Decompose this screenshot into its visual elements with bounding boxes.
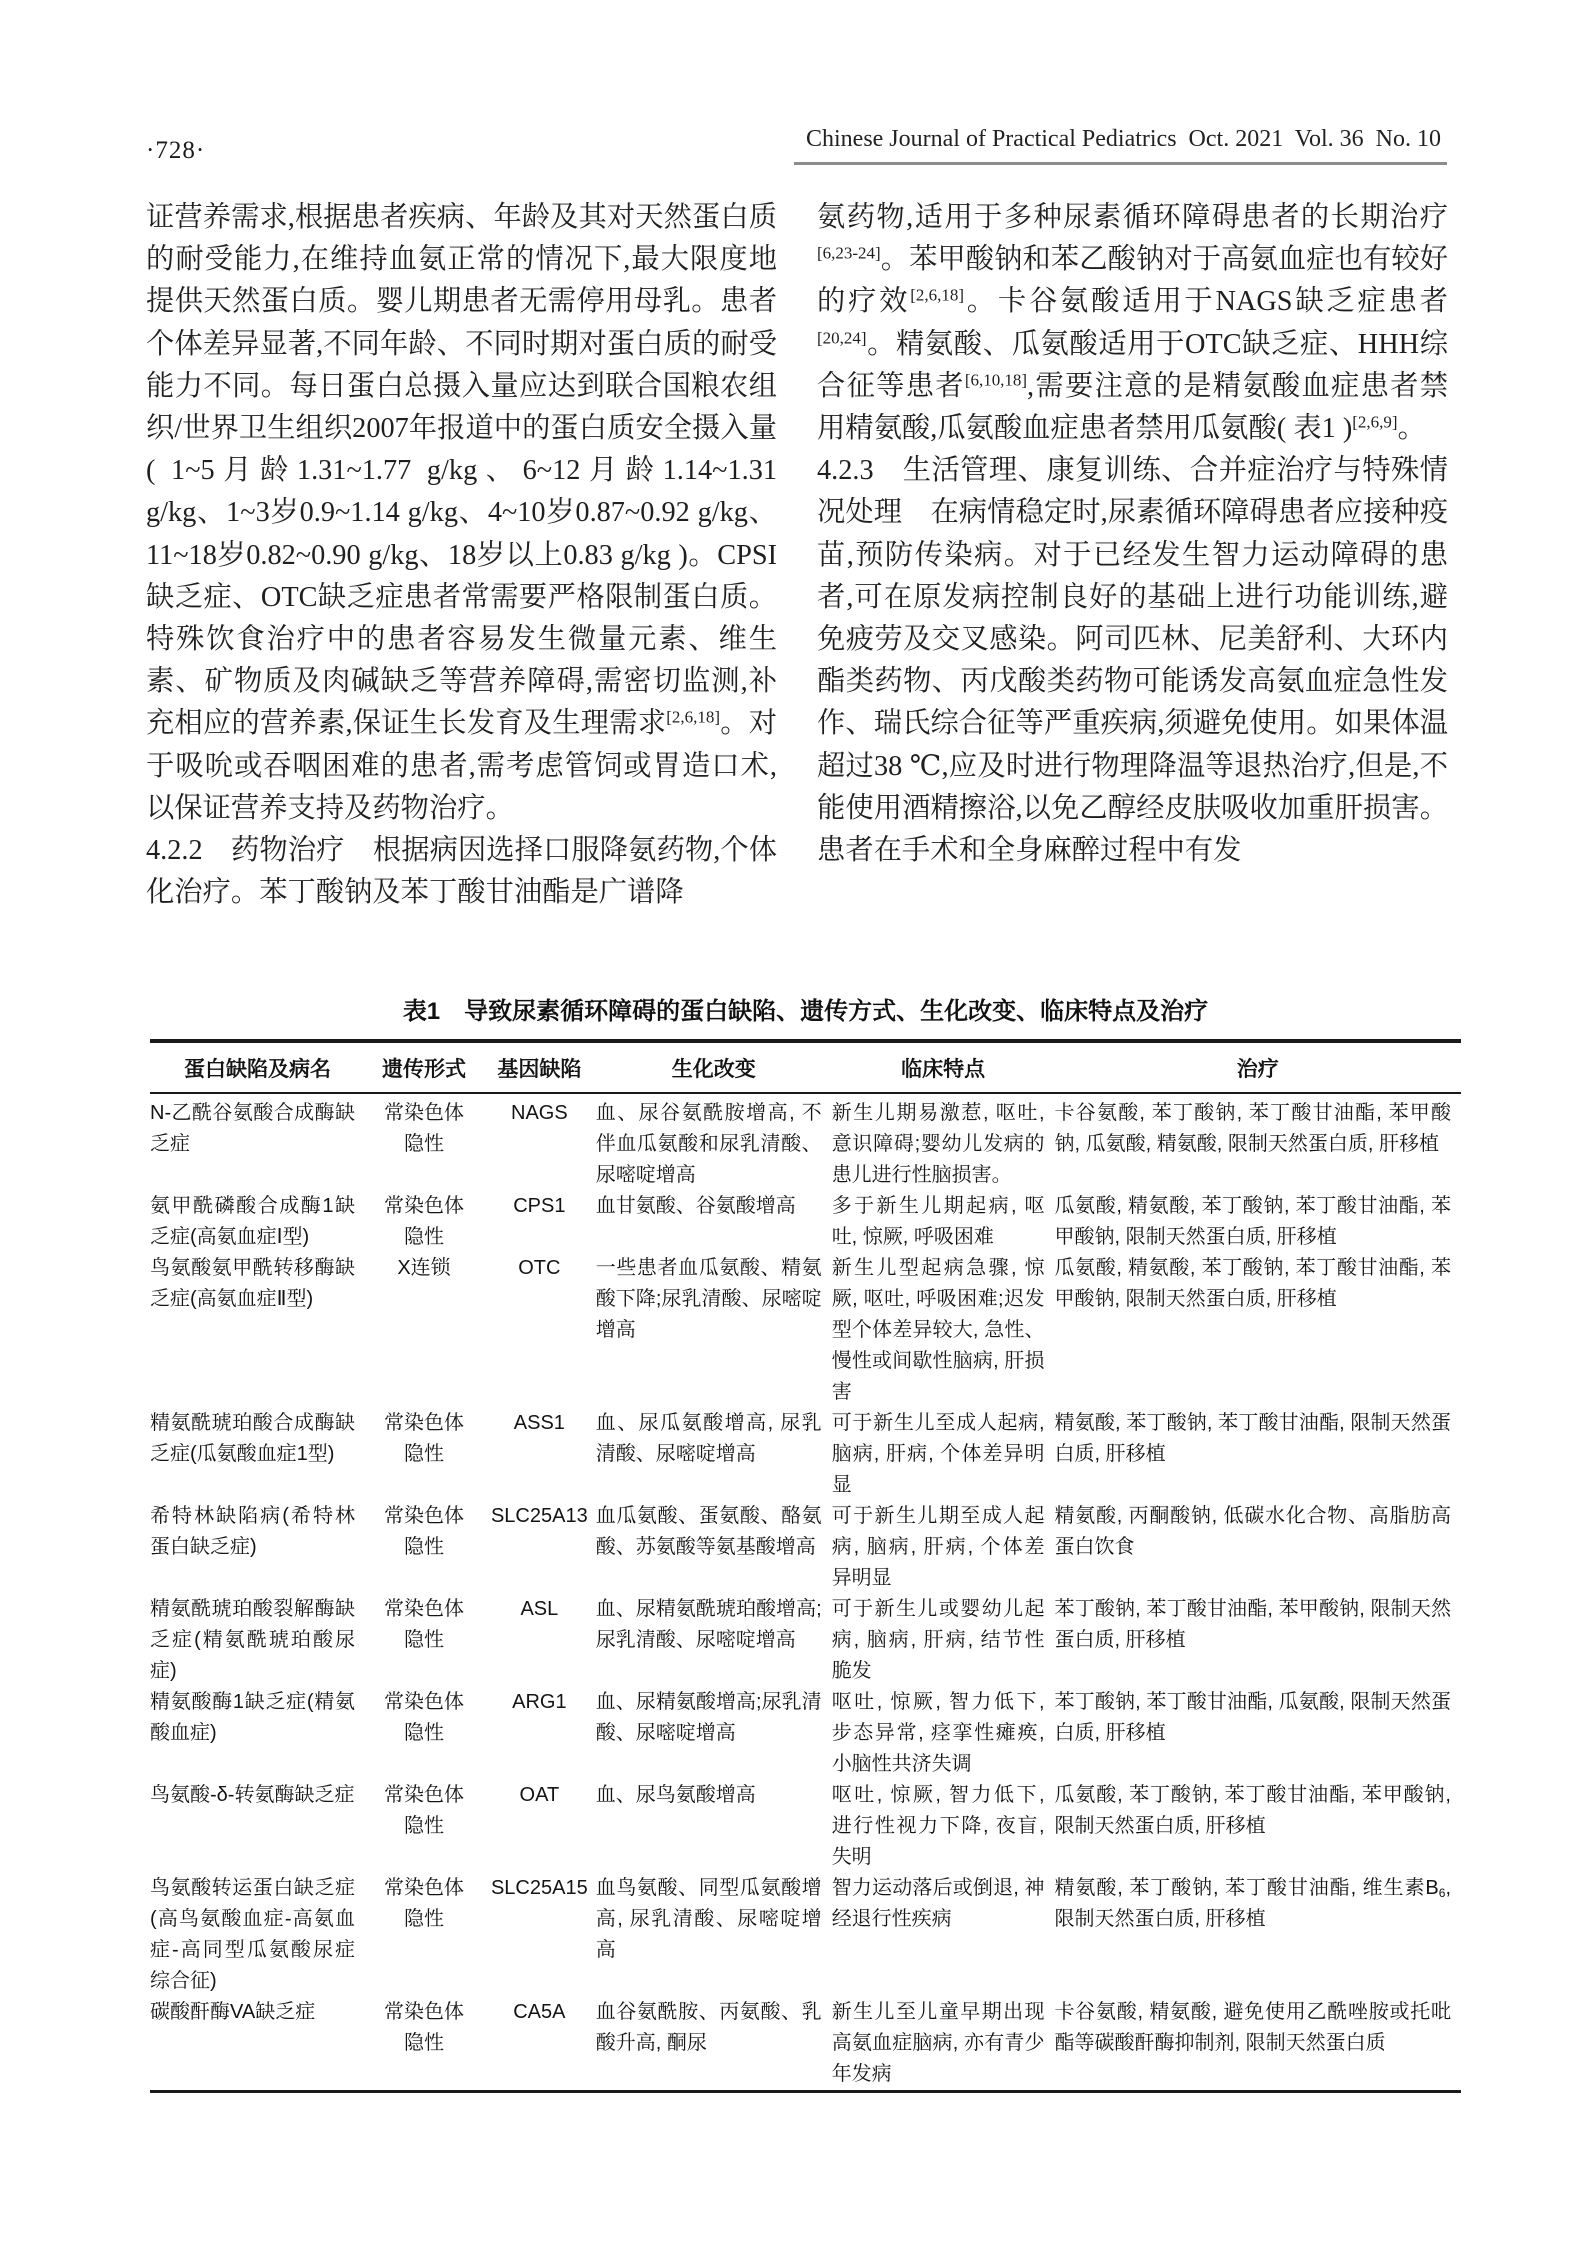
cell-clinical: 新生儿期易激惹, 呕吐, 意识障碍;婴幼儿发病的患儿进行性脑损害。: [832, 1093, 1055, 1191]
cell-protein: 鸟氨酸-δ-转氨酶缺乏症: [150, 1780, 365, 1873]
table-row: 希特林缺陷病(希特林蛋白缺乏症)常染色体 隐性SLC25A13血瓜氨酸、蛋氨酸、…: [150, 1501, 1461, 1594]
table-row: 精氨酸酶1缺乏症(精氨酸血症)常染色体 隐性ARG1血、尿精氨酸增高;尿乳清酸、…: [150, 1687, 1461, 1780]
cell-gene: CA5A: [483, 1997, 596, 2092]
table-row: 鸟氨酸-δ-转氨酶缺乏症常染色体 隐性OAT血、尿鸟氨酸增高呕吐, 惊厥, 智力…: [150, 1780, 1461, 1873]
left-column: 证营养需求,根据患者疾病、年龄及其对天然蛋白质的耐受能力,在维持血氨正常的情况下…: [146, 197, 777, 914]
cell-treatment: 瓜氨酸, 精氨酸, 苯丁酸钠, 苯丁酸甘油酯, 苯甲酸钠, 限制天然蛋白质, 肝…: [1055, 1253, 1461, 1408]
cell-treatment: 精氨酸, 苯丁酸钠, 苯丁酸甘油酯, 维生素B6, 限制天然蛋白质, 肝移植: [1055, 1873, 1461, 1997]
cell-treatment: 苯丁酸钠, 苯丁酸甘油酯, 苯甲酸钠, 限制天然蛋白质, 肝移植: [1055, 1594, 1461, 1687]
table-row: 鸟氨酸氨甲酰转移酶缺乏症(高氨血症Ⅱ型)X连锁OTC一些患者血瓜氨酸、精氨酸下降…: [150, 1253, 1461, 1408]
column-header-clinical: 临床特点: [832, 1041, 1055, 1093]
cell-biochemical: 血鸟氨酸、同型瓜氨酸增高, 尿乳清酸、尿嘧啶增高: [596, 1873, 832, 1997]
cell-gene: OAT: [483, 1780, 596, 1873]
cell-gene: ARG1: [483, 1687, 596, 1780]
cell-inheritance: 常染色体 隐性: [365, 1873, 483, 1997]
page-header: ·728· Chinese Journal of Practical Pedia…: [146, 126, 1447, 165]
cell-inheritance: 常染色体 隐性: [365, 1594, 483, 1687]
cell-clinical: 可于新生儿至成人起病, 脑病, 肝病, 个体差异明显: [832, 1408, 1055, 1501]
cell-protein: 精氨酰琥珀酸裂解酶缺乏症(精氨酰琥珀酸尿症): [150, 1594, 365, 1687]
paragraph-section-4-2-3: 4.2.3 生活管理、康复训练、合并症治疗与特殊情况处理 在病情稳定时,尿素循环…: [817, 450, 1448, 872]
cell-biochemical: 一些患者血瓜氨酸、精氨酸下降;尿乳清酸、尿嘧啶增高: [596, 1253, 832, 1408]
journal-title: Chinese Journal of Practical Pediatrics …: [794, 126, 1447, 165]
cell-treatment: 卡谷氨酸, 苯丁酸钠, 苯丁酸甘油酯, 苯甲酸钠, 瓜氨酸, 精氨酸, 限制天然…: [1055, 1093, 1461, 1191]
cell-gene: NAGS: [483, 1093, 596, 1191]
cell-biochemical: 血甘氨酸、谷氨酸增高: [596, 1191, 832, 1253]
cell-treatment: 瓜氨酸, 精氨酸, 苯丁酸钠, 苯丁酸甘油酯, 苯甲酸钠, 限制天然蛋白质, 肝…: [1055, 1191, 1461, 1253]
cell-clinical: 新生儿至儿童早期出现高氨血症脑病, 亦有青少年发病: [832, 1997, 1055, 2092]
page-number: ·728·: [146, 137, 205, 165]
cell-gene: CPS1: [483, 1191, 596, 1253]
cell-inheritance: 常染色体 隐性: [365, 1687, 483, 1780]
page: ·728· Chinese Journal of Practical Pedia…: [0, 0, 1591, 2260]
cell-inheritance: 常染色体 隐性: [365, 1997, 483, 2092]
table-row: 氨甲酰磷酸合成酶1缺乏症(高氨血症Ⅰ型)常染色体 隐性CPS1血甘氨酸、谷氨酸增…: [150, 1191, 1461, 1253]
cell-gene: OTC: [483, 1253, 596, 1408]
cell-treatment: 瓜氨酸, 苯丁酸钠, 苯丁酸甘油酯, 苯甲酸钠, 限制天然蛋白质, 肝移植: [1055, 1780, 1461, 1873]
table-header-row: 蛋白缺陷及病名 遗传形式 基因缺陷 生化改变 临床特点 治疗: [150, 1041, 1461, 1093]
table-row: 鸟氨酸转运蛋白缺乏症(高鸟氨酸血症-高氨血症-高同型瓜氨酸尿症综合征)常染色体 …: [150, 1873, 1461, 1997]
paragraph-section-4-2-2: 4.2.2 药物治疗 根据病因选择口服降氨药物,个体化治疗。苯丁酸钠及苯丁酸甘油…: [146, 830, 777, 914]
table-row: N-乙酰谷氨酸合成酶缺乏症常染色体 隐性NAGS血、尿谷氨酰胺增高, 不伴血瓜氨…: [150, 1093, 1461, 1191]
cell-protein: 鸟氨酸氨甲酰转移酶缺乏症(高氨血症Ⅱ型): [150, 1253, 365, 1408]
column-header-inheritance: 遗传形式: [365, 1041, 483, 1093]
cell-protein: 希特林缺陷病(希特林蛋白缺乏症): [150, 1501, 365, 1594]
cell-protein: 精氨酰琥珀酸合成酶缺乏症(瓜氨酸血症1型): [150, 1408, 365, 1501]
disorders-table: 蛋白缺陷及病名 遗传形式 基因缺陷 生化改变 临床特点 治疗 N-乙酰谷氨酸合成…: [150, 1039, 1461, 2093]
cell-biochemical: 血、尿精氨酰琥珀酸增高;尿乳清酸、尿嘧啶增高: [596, 1594, 832, 1687]
cell-biochemical: 血、尿鸟氨酸增高: [596, 1780, 832, 1873]
cell-clinical: 呕吐, 惊厥, 智力低下, 进行性视力下降, 夜盲, 失明: [832, 1780, 1055, 1873]
cell-clinical: 呕吐, 惊厥, 智力低下, 步态异常, 痉挛性瘫痪, 小脑性共济失调: [832, 1687, 1055, 1780]
cell-biochemical: 血、尿谷氨酰胺增高, 不伴血瓜氨酸和尿乳清酸、尿嘧啶增高: [596, 1093, 832, 1191]
column-header-gene: 基因缺陷: [483, 1041, 596, 1093]
cell-inheritance: 常染色体 隐性: [365, 1191, 483, 1253]
cell-clinical: 新生儿型起病急骤, 惊厥, 呕吐, 呼吸困难;迟发型个体差异较大, 急性、慢性或…: [832, 1253, 1055, 1408]
paragraph: 氨药物,适用于多种尿素循环障碍患者的长期治疗[6,23-24]。苯甲酸钠和苯乙酸…: [817, 197, 1448, 450]
cell-inheritance: X连锁: [365, 1253, 483, 1408]
cell-biochemical: 血、尿瓜氨酸增高, 尿乳清酸、尿嘧啶增高: [596, 1408, 832, 1501]
cell-protein: N-乙酰谷氨酸合成酶缺乏症: [150, 1093, 365, 1191]
cell-protein: 精氨酸酶1缺乏症(精氨酸血症): [150, 1687, 365, 1780]
cell-gene: SLC25A13: [483, 1501, 596, 1594]
cell-treatment: 精氨酸, 苯丁酸钠, 苯丁酸甘油酯, 限制天然蛋白质, 肝移植: [1055, 1408, 1461, 1501]
cell-biochemical: 血谷氨酰胺、丙氨酸、乳酸升高, 酮尿: [596, 1997, 832, 2092]
cell-protein: 氨甲酰磷酸合成酶1缺乏症(高氨血症Ⅰ型): [150, 1191, 365, 1253]
column-header-treatment: 治疗: [1055, 1041, 1461, 1093]
cell-protein: 鸟氨酸转运蛋白缺乏症(高鸟氨酸血症-高氨血症-高同型瓜氨酸尿症综合征): [150, 1873, 365, 1997]
table-row: 精氨酰琥珀酸合成酶缺乏症(瓜氨酸血症1型)常染色体 隐性ASS1血、尿瓜氨酸增高…: [150, 1408, 1461, 1501]
cell-clinical: 智力运动落后或倒退, 神经退行性疾病: [832, 1873, 1055, 1997]
cell-clinical: 多于新生儿期起病, 呕吐, 惊厥, 呼吸困难: [832, 1191, 1055, 1253]
cell-clinical: 可于新生儿期至成人起病, 脑病, 肝病, 个体差异明显: [832, 1501, 1055, 1594]
cell-inheritance: 常染色体 隐性: [365, 1780, 483, 1873]
table-body: N-乙酰谷氨酸合成酶缺乏症常染色体 隐性NAGS血、尿谷氨酰胺增高, 不伴血瓜氨…: [150, 1093, 1461, 2092]
cell-treatment: 苯丁酸钠, 苯丁酸甘油酯, 瓜氨酸, 限制天然蛋白质, 肝移植: [1055, 1687, 1461, 1780]
cell-gene: SLC25A15: [483, 1873, 596, 1997]
cell-treatment: 精氨酸, 丙酮酸钠, 低碳水化合物、高脂肪高蛋白饮食: [1055, 1501, 1461, 1594]
cell-inheritance: 常染色体 隐性: [365, 1408, 483, 1501]
cell-biochemical: 血瓜氨酸、蛋氨酸、酪氨酸、苏氨酸等氨基酸增高: [596, 1501, 832, 1594]
table-caption: 表1 导致尿素循环障碍的蛋白缺陷、遗传方式、生化改变、临床特点及治疗: [150, 991, 1461, 1026]
cell-clinical: 可于新生儿或婴幼儿起病, 脑病, 肝病, 结节性脆发: [832, 1594, 1055, 1687]
cell-inheritance: 常染色体 隐性: [365, 1093, 483, 1191]
cell-gene: ASL: [483, 1594, 596, 1687]
table-section: 表1 导致尿素循环障碍的蛋白缺陷、遗传方式、生化改变、临床特点及治疗 蛋白缺陷及…: [150, 991, 1461, 2093]
cell-biochemical: 血、尿精氨酸增高;尿乳清酸、尿嘧啶增高: [596, 1687, 832, 1780]
table-row: 精氨酰琥珀酸裂解酶缺乏症(精氨酰琥珀酸尿症)常染色体 隐性ASL血、尿精氨酰琥珀…: [150, 1594, 1461, 1687]
table-row: 碳酸酐酶VA缺乏症常染色体 隐性CA5A血谷氨酰胺、丙氨酸、乳酸升高, 酮尿新生…: [150, 1997, 1461, 2092]
body-columns: 证营养需求,根据患者疾病、年龄及其对天然蛋白质的耐受能力,在维持血氨正常的情况下…: [146, 197, 1448, 914]
cell-protein: 碳酸酐酶VA缺乏症: [150, 1997, 365, 2092]
cell-gene: ASS1: [483, 1408, 596, 1501]
column-header-protein: 蛋白缺陷及病名: [150, 1041, 365, 1093]
paragraph: 证营养需求,根据患者疾病、年龄及其对天然蛋白质的耐受能力,在维持血氨正常的情况下…: [146, 197, 777, 830]
cell-inheritance: 常染色体 隐性: [365, 1501, 483, 1594]
column-header-biochemical: 生化改变: [596, 1041, 832, 1093]
cell-treatment: 卡谷氨酸, 精氨酸, 避免使用乙酰唑胺或托吡酯等碳酸酐酶抑制剂, 限制天然蛋白质: [1055, 1997, 1461, 2092]
right-column: 氨药物,适用于多种尿素循环障碍患者的长期治疗[6,23-24]。苯甲酸钠和苯乙酸…: [817, 197, 1448, 914]
